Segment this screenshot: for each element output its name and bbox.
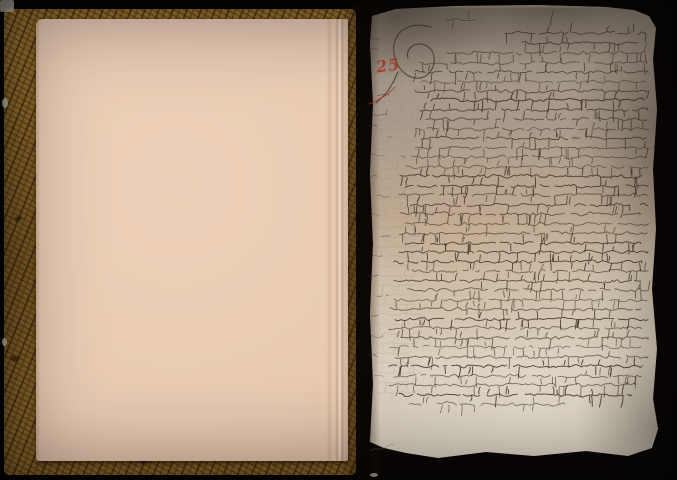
- cover-edge-speck: [2, 338, 7, 346]
- manuscript-page: [366, 4, 660, 464]
- bottom-edge-speck: [370, 473, 378, 477]
- cover-corner-wear-speck: [0, 0, 14, 12]
- folio-number-red: 25: [375, 54, 402, 76]
- flyleaf-blank-page: [36, 19, 348, 461]
- cover-edge-speck: [2, 98, 8, 108]
- scanned-photo: 25: [0, 0, 677, 480]
